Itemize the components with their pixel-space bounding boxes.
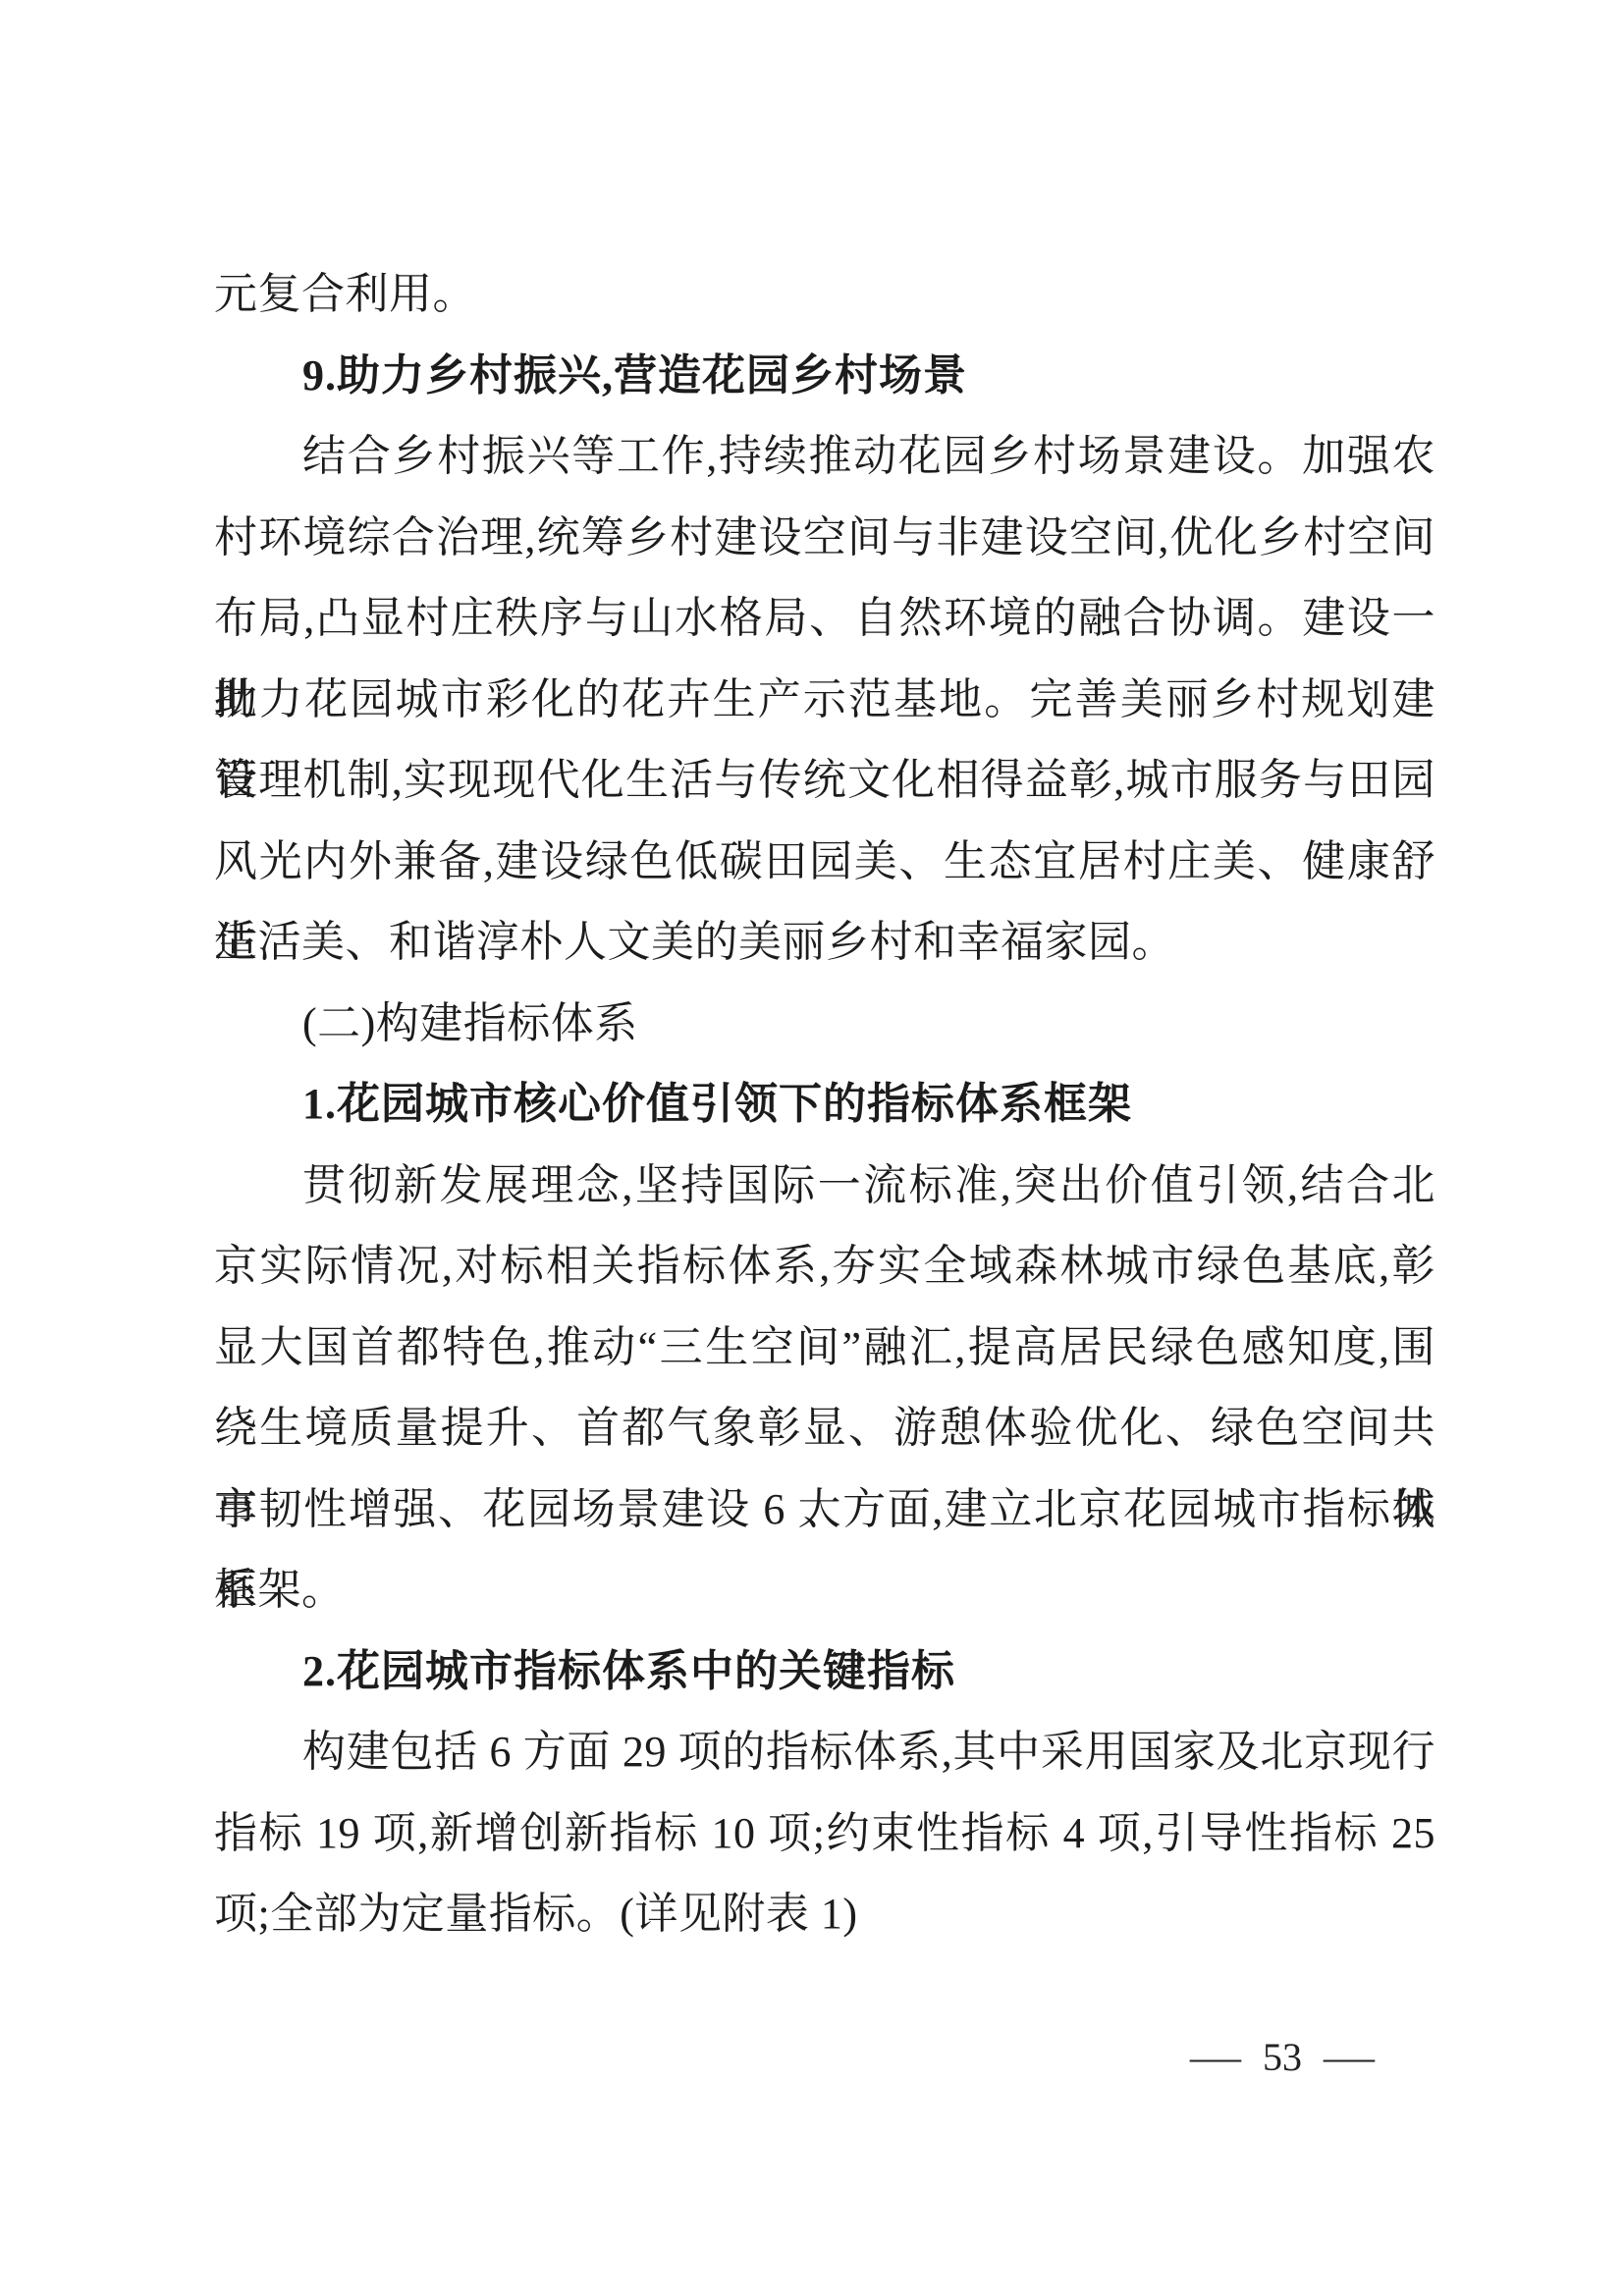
- paragraph-line: 结合乡村振兴等工作,持续推动花园乡村场景建设。加强农: [214, 416, 1435, 498]
- paragraph-line: 显大国首都特色,推动“三生空间”融汇,提高居民绿色感知度,围: [214, 1308, 1435, 1389]
- page-number: 53: [1263, 2034, 1302, 2080]
- paragraph-line: 管理机制,实现现代化生活与传统文化相得益彰,城市服务与田园: [214, 740, 1435, 822]
- numbered-heading: 1.花园城市核心价值引领下的指标体系框架: [214, 1064, 1435, 1146]
- subsection-heading: (二)构建指标体系: [214, 984, 1435, 1065]
- paragraph-line: 绕生境质量提升、首都气象彰显、游憩体验优化、绿色空间共享、城: [214, 1388, 1435, 1469]
- page-footer: — 53 —: [1196, 2034, 1369, 2080]
- paragraph-line: 项;全部为定量指标。(详见附表 1): [214, 1874, 1435, 1955]
- paragraph-line: 京实际情况,对标相关指标体系,夯实全域森林城市绿色基底,彰: [214, 1226, 1435, 1308]
- paragraph-line: 助力花园城市彩化的花卉生产示范基地。完善美丽乡村规划建设: [214, 660, 1435, 741]
- numbered-heading: 2.花园城市指标体系中的关键指标: [214, 1631, 1435, 1713]
- footer-dash-left: —: [1190, 2034, 1241, 2080]
- paragraph-line: 布局,凸显村庄秩序与山水格局、自然环境的融合协调。建设一批: [214, 578, 1435, 660]
- paragraph-line: 风光内外兼备,建设绿色低碳田园美、生态宜居村庄美、健康舒适: [214, 822, 1435, 903]
- paragraph-line: 指标 19 项,新增创新指标 10 项;约束性指标 4 项,引导性指标 25: [214, 1793, 1435, 1875]
- paragraph-line: 框架。: [214, 1550, 1435, 1631]
- body-line: 元复合利用。: [214, 254, 1435, 336]
- paragraph-line: 村环境综合治理,统筹乡村建设空间与非建设空间,优化乡村空间: [214, 498, 1435, 579]
- numbered-heading: 9.助力乡村振兴,营造花园乡村场景: [214, 336, 1435, 417]
- document-body: 元复合利用。 9.助力乡村振兴,营造花园乡村场景 结合乡村振兴等工作,持续推动花…: [214, 254, 1435, 1955]
- paragraph-line: 贯彻新发展理念,坚持国际一流标准,突出价值引领,结合北: [214, 1146, 1435, 1227]
- paragraph-line: 生活美、和谐淳朴人文美的美丽乡村和幸福家园。: [214, 902, 1435, 984]
- footer-dash-right: —: [1324, 2034, 1375, 2080]
- document-page: 元复合利用。 9.助力乡村振兴,营造花园乡村场景 结合乡村振兴等工作,持续推动花…: [0, 0, 1624, 2296]
- paragraph-line: 构建包括 6 方面 29 项的指标体系,其中采用国家及北京现行: [214, 1712, 1435, 1793]
- paragraph-line: 市韧性增强、花园场景建设 6 大方面,建立北京花园城市指标体系: [214, 1469, 1435, 1551]
